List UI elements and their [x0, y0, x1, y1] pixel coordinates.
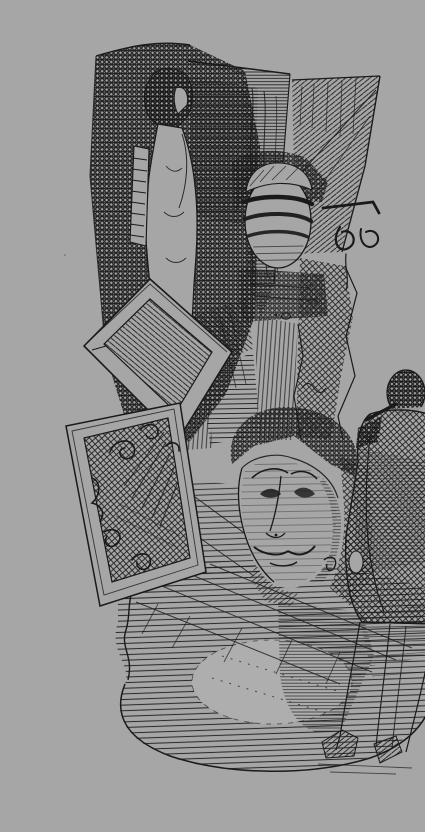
artwork	[40, 16, 425, 816]
illustration-canvas	[40, 16, 425, 816]
